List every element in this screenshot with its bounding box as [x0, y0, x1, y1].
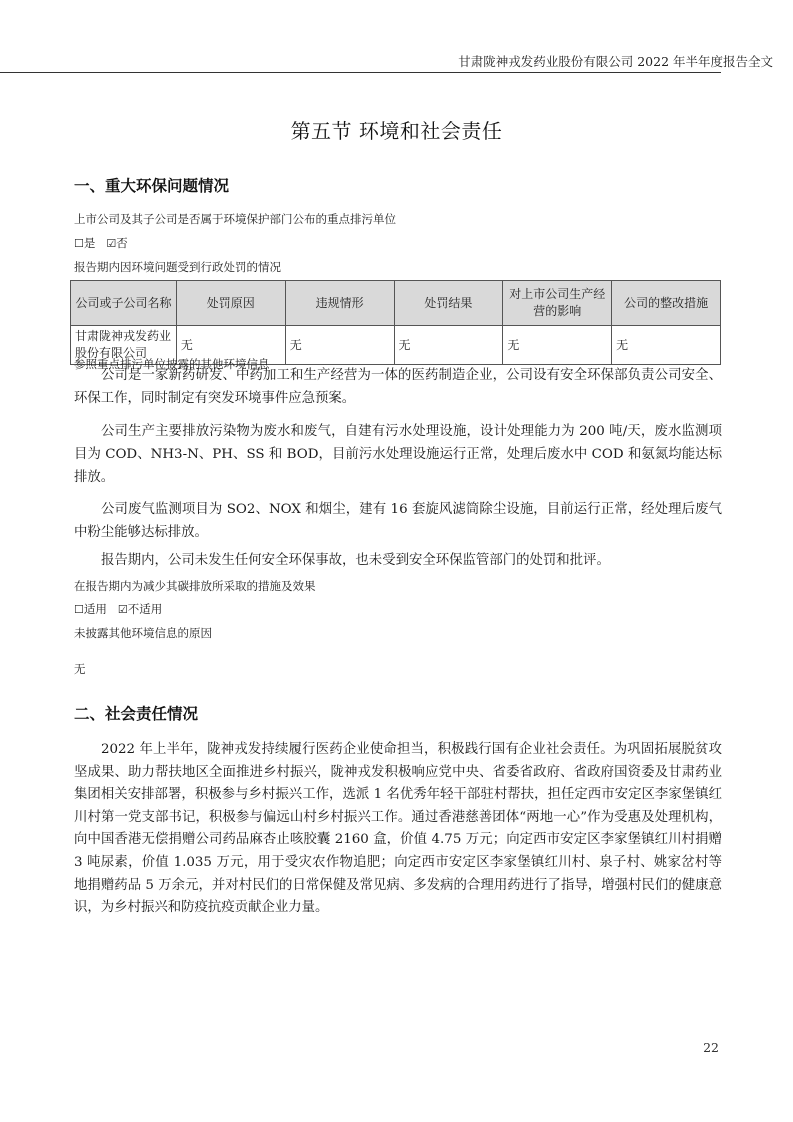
penalty-table: 公司或子公司名称 处罚原因 违规情形 处罚结果 对上市公司生产经营的影响 公司的…	[70, 280, 721, 365]
key-polluter-options: ☐是 ☑否	[74, 235, 128, 251]
header-violation: 违规情形	[285, 281, 394, 326]
paragraph-no-incidents: 报告期内，公司未发生任何安全环保事故，也未受到安全环保监管部门的处罚和批评。	[74, 549, 722, 572]
section-heading-social: 二、社会责任情况	[74, 702, 198, 724]
checked-box-icon: ☑	[118, 603, 128, 616]
header-reason: 处罚原因	[176, 281, 285, 326]
unchecked-box-icon: ☐	[74, 237, 84, 250]
page-number: 22	[0, 1040, 793, 1055]
page-title: 第五节 环境和社会责任	[0, 115, 793, 144]
paragraph-wastewater: 公司生产主要排放污染物为废水和废气，自建有污水处理设施，设计处理能力为 200 …	[74, 420, 722, 489]
header-company: 公司或子公司名称	[71, 281, 177, 326]
header-rule	[0, 72, 721, 73]
option-not-applicable[interactable]: ☑不适用	[118, 602, 162, 616]
cell-impact: 无	[503, 326, 612, 365]
carbon-caption: 在报告期内为减少其碳排放所采取的措施及效果	[74, 578, 316, 594]
option-applicable[interactable]: ☐适用	[74, 602, 111, 616]
header-remediation: 公司的整改措施	[612, 281, 721, 326]
undisclosed-caption: 未披露其他环境信息的原因	[74, 625, 212, 641]
undisclosed-value: 无	[74, 661, 86, 677]
carbon-options: ☐适用 ☑不适用	[74, 601, 162, 617]
paragraph-exhaust: 公司废气监测项目为 SO2、NOX 和烟尘，建有 16 套旋风滤筒除尘设施，目前…	[74, 498, 722, 544]
table-header-row: 公司或子公司名称 处罚原因 违规情形 处罚结果 对上市公司生产经营的影响 公司的…	[71, 281, 721, 326]
header-result: 处罚结果	[394, 281, 503, 326]
cell-remediation: 无	[612, 326, 721, 365]
cell-result: 无	[394, 326, 503, 365]
paragraph-social-responsibility: 2022 年上半年，陇神戎发持续履行医药企业使命担当，积极践行国有企业社会责任。…	[74, 739, 722, 920]
section-heading-environment: 一、重大环保问题情况	[74, 174, 229, 196]
checked-box-icon: ☑	[106, 237, 116, 250]
penalty-caption: 报告期内因环境问题受到行政处罚的情况	[74, 259, 281, 275]
running-header: 甘肃陇神戎发药业股份有限公司 2022 年半年度报告全文	[0, 52, 773, 74]
key-polluter-question: 上市公司及其子公司是否属于环境保护部门公布的重点排污单位	[74, 211, 396, 227]
unchecked-box-icon: ☐	[74, 603, 84, 616]
header-impact: 对上市公司生产经营的影响	[503, 281, 612, 326]
option-no[interactable]: ☑否	[106, 236, 127, 250]
cell-violation: 无	[285, 326, 394, 365]
paragraph-company-overview: 公司是一家新药研发、中药加工和生产经营为一体的医药制造企业，公司设有安全环保部负…	[74, 364, 722, 410]
option-yes[interactable]: ☐是	[74, 236, 99, 250]
